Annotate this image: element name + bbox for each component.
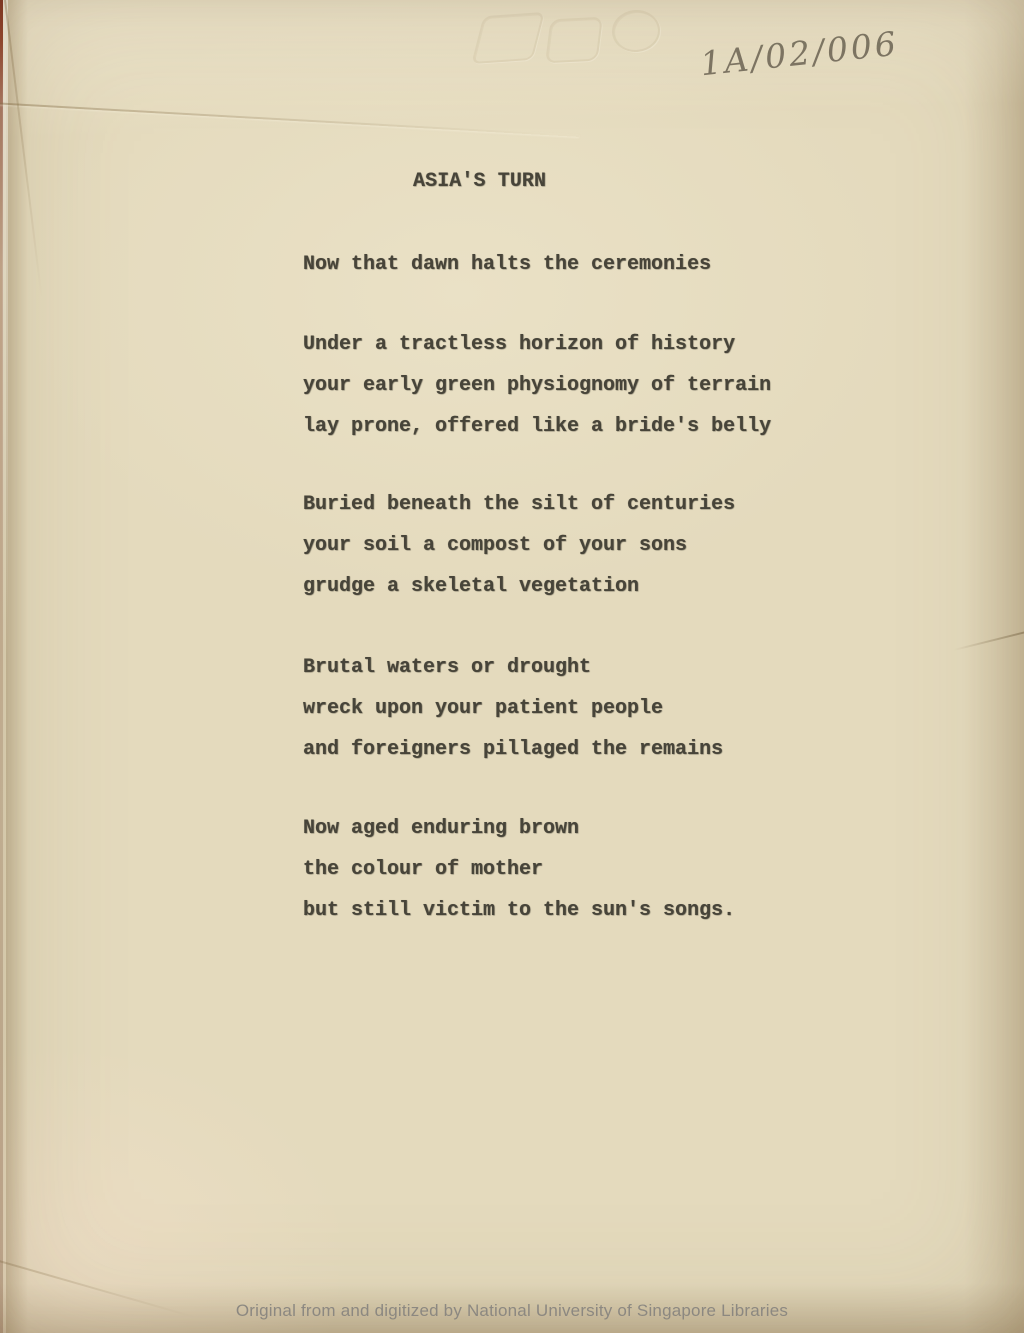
- poem-stanza-2: Under a tractless horizon of history you…: [303, 324, 771, 447]
- blind-impression: [545, 17, 603, 64]
- crease-top-left: [0, 102, 579, 137]
- poem-line: Buried beneath the silt of centuries: [303, 484, 735, 525]
- poem-stanza-3: Buried beneath the silt of centuries you…: [303, 484, 735, 607]
- poem-line: the colour of mother: [303, 849, 735, 890]
- blind-impression: [471, 12, 544, 64]
- blind-impression: [610, 8, 661, 54]
- poem-line: your soil a compost of your sons: [303, 525, 735, 566]
- poem-line: and foreigners pillaged the remains: [303, 729, 723, 770]
- poem-line: grudge a skeletal vegetation: [303, 566, 735, 607]
- poem-line: Now that dawn halts the ceremonies: [303, 244, 711, 285]
- digitization-credit: Original from and digitized by National …: [0, 1301, 1024, 1321]
- poem-stanza-5: Now aged enduring brown the colour of mo…: [303, 808, 735, 931]
- poem-line: Brutal waters or drought: [303, 647, 723, 688]
- handwritten-reference-number: 1A/02/006: [699, 24, 901, 84]
- poem-line: but still victim to the sun's songs.: [303, 890, 735, 931]
- poem-line: lay prone, offered like a bride's belly: [303, 406, 771, 447]
- scanned-page: 1A/02/006 ASIA'S TURN Now that dawn halt…: [0, 0, 1024, 1333]
- left-edge-backing: [0, 0, 3, 1333]
- poem-line: Under a tractless horizon of history: [303, 324, 771, 365]
- poem-line: Now aged enduring brown: [303, 808, 735, 849]
- poem-stanza-1: Now that dawn halts the ceremonies: [303, 244, 711, 285]
- poem-stanza-4: Brutal waters or drought wreck upon your…: [303, 647, 723, 770]
- poem-title: ASIA'S TURN: [413, 170, 546, 193]
- poem-line: your early green physiognomy of terrain: [303, 365, 771, 406]
- torn-edge-shadow: [6, 0, 28, 1333]
- crease-right-edge: [953, 631, 1024, 651]
- poem-line: wreck upon your patient people: [303, 688, 723, 729]
